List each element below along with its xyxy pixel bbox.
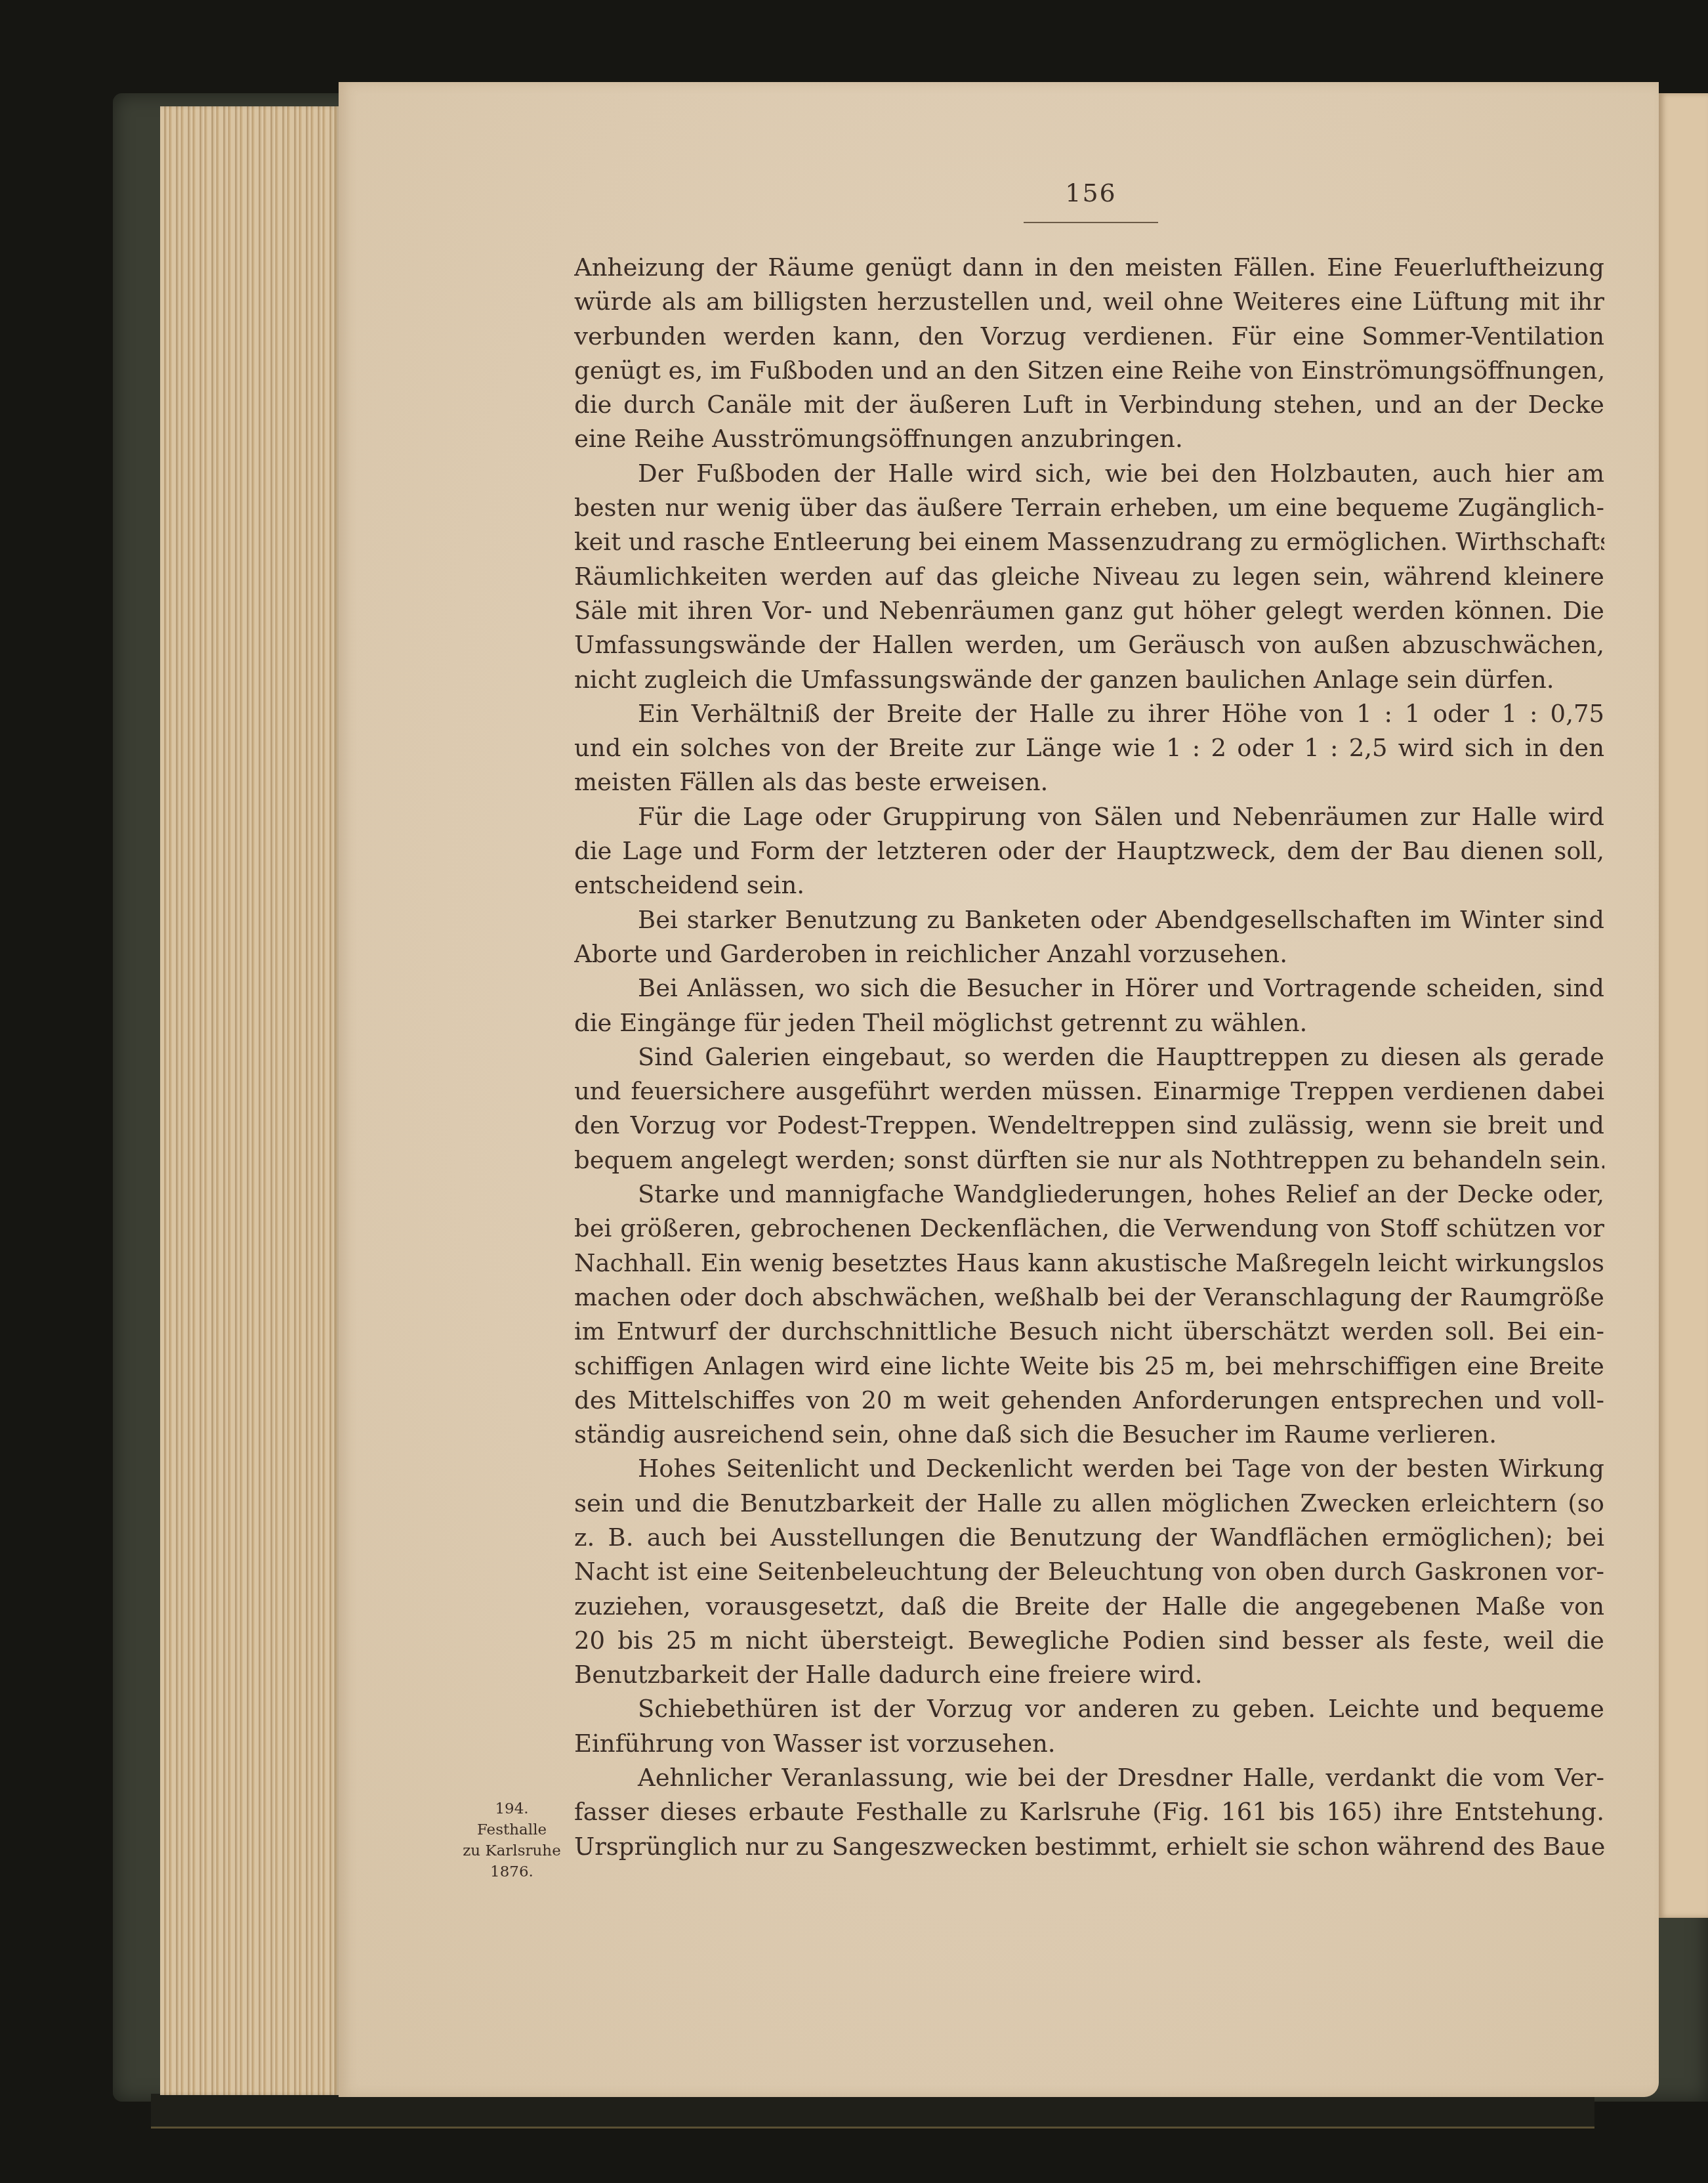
text-line: 20 bis 25 m nicht übersteigt. Bewegliche…: [574, 1624, 1604, 1658]
text-line: Umfassungswände der Hallen werden, um Ge…: [574, 628, 1604, 662]
text-line: Der Fußboden der Halle wird sich, wie be…: [574, 457, 1604, 491]
text-line: die Lage und Form der letzteren oder der…: [574, 834, 1604, 868]
text-line: Benutzbarkeit der Halle dadurch eine fre…: [574, 1658, 1604, 1692]
text-line: meisten Fällen als das beste erweisen.: [574, 765, 1604, 799]
book-cover-bottom-edge: [151, 2094, 1594, 2129]
text-line: entscheidend sein.: [574, 868, 1604, 902]
text-line: Aborte und Garderoben in reichlicher Anz…: [574, 937, 1604, 971]
text-line: Nachhall. Ein wenig besetztes Haus kann …: [574, 1246, 1604, 1281]
text-line: den Vorzug vor Podest-Treppen. Wendeltre…: [574, 1109, 1604, 1143]
text-line: Säle mit ihren Vor- und Nebenräumen ganz…: [574, 594, 1604, 628]
header-rule: [1024, 222, 1158, 223]
text-line: würde als am billigsten herzustellen und…: [574, 285, 1604, 319]
text-line: die Eingänge für jeden Theil möglichst g…: [574, 1006, 1604, 1040]
text-line: sein und die Benutzbarkeit der Halle zu …: [574, 1487, 1604, 1521]
text-line: Anheizung der Räume genügt dann in den m…: [574, 251, 1604, 285]
text-line: Hohes Seitenlicht und Deckenlicht werden…: [574, 1452, 1604, 1486]
text-line: Für die Lage oder Gruppirung von Sälen u…: [574, 800, 1604, 834]
text-line: die durch Canäle mit der äußeren Luft in…: [574, 388, 1604, 422]
text-line: Ursprünglich nur zu Sangeszwecken bestim…: [574, 1830, 1604, 1864]
text-line: ständig ausreichend sein, ohne daß sich …: [574, 1418, 1604, 1452]
text-line: Sind Galerien eingebaut, so werden die H…: [574, 1040, 1604, 1074]
text-line: Starke und mannigfache Wandgliederungen,…: [574, 1177, 1604, 1212]
margin-note-section-number: 194.: [453, 1798, 571, 1819]
text-line: eine Reihe Ausströmungsöffnungen anzubri…: [574, 422, 1604, 456]
margin-note-year: 1876.: [453, 1861, 571, 1882]
margin-note-title: Festhalle: [453, 1819, 571, 1840]
text-line: Aehnlicher Veranlassung, wie bei der Dre…: [574, 1761, 1604, 1795]
text-line: fasser dieses erbaute Festhalle zu Karls…: [574, 1795, 1604, 1829]
text-line: im Entwurf der durchschnittliche Besuch …: [574, 1315, 1604, 1349]
text-line: Bei starker Benutzung zu Banketen oder A…: [574, 903, 1604, 937]
text-line: besten nur wenig über das äußere Terrain…: [574, 491, 1604, 525]
body-text: Anheizung der Räume genügt dann in den m…: [574, 251, 1604, 1864]
text-line: Nacht ist eine Seitenbeleuchtung der Bel…: [574, 1555, 1604, 1589]
text-line: verbunden werden kann, den Vorzug verdie…: [574, 320, 1604, 354]
text-line: zuziehen, vorausgesetzt, daß die Breite …: [574, 1590, 1604, 1624]
text-line: schiffigen Anlagen wird eine lichte Weit…: [574, 1349, 1604, 1384]
text-line: des Mittelschiffes von 20 m weit gehende…: [574, 1384, 1604, 1418]
text-line: bei größeren, gebrochenen Deckenflächen,…: [574, 1212, 1604, 1246]
text-line: Einführung von Wasser ist vorzusehen.: [574, 1727, 1604, 1761]
text-line: z. B. auch bei Ausstellungen die Benutzu…: [574, 1521, 1604, 1555]
text-line: Schiebethüren ist der Vorzug vor anderen…: [574, 1692, 1604, 1726]
text-line: nicht zugleich die Umfassungswände der g…: [574, 663, 1604, 697]
text-line: bequem angelegt werden; sonst dürften si…: [574, 1143, 1604, 1177]
margin-note: 194. Festhalle zu Karlsruhe 1876.: [453, 1798, 571, 1882]
text-line: Räumlichkeiten werden auf das gleiche Ni…: [574, 560, 1604, 594]
facing-page-edge: [1659, 93, 1708, 1918]
text-line: machen oder doch abschwächen, weßhalb be…: [574, 1281, 1604, 1315]
page-stack-edges: [160, 106, 339, 2095]
page-number: 156: [1024, 179, 1158, 207]
text-line: Bei Anlässen, wo sich die Besucher in Hö…: [574, 971, 1604, 1006]
text-line: Ein Verhältniß der Breite der Halle zu i…: [574, 697, 1604, 731]
text-line: keit und rasche Entleerung bei einem Mas…: [574, 525, 1604, 559]
margin-note-place: zu Karlsruhe: [453, 1840, 571, 1861]
text-line: genügt es, im Fußboden und an den Sitzen…: [574, 354, 1604, 388]
text-line: und ein solches von der Breite zur Länge…: [574, 731, 1604, 765]
text-line: und feuersichere ausgeführt werden müsse…: [574, 1074, 1604, 1109]
